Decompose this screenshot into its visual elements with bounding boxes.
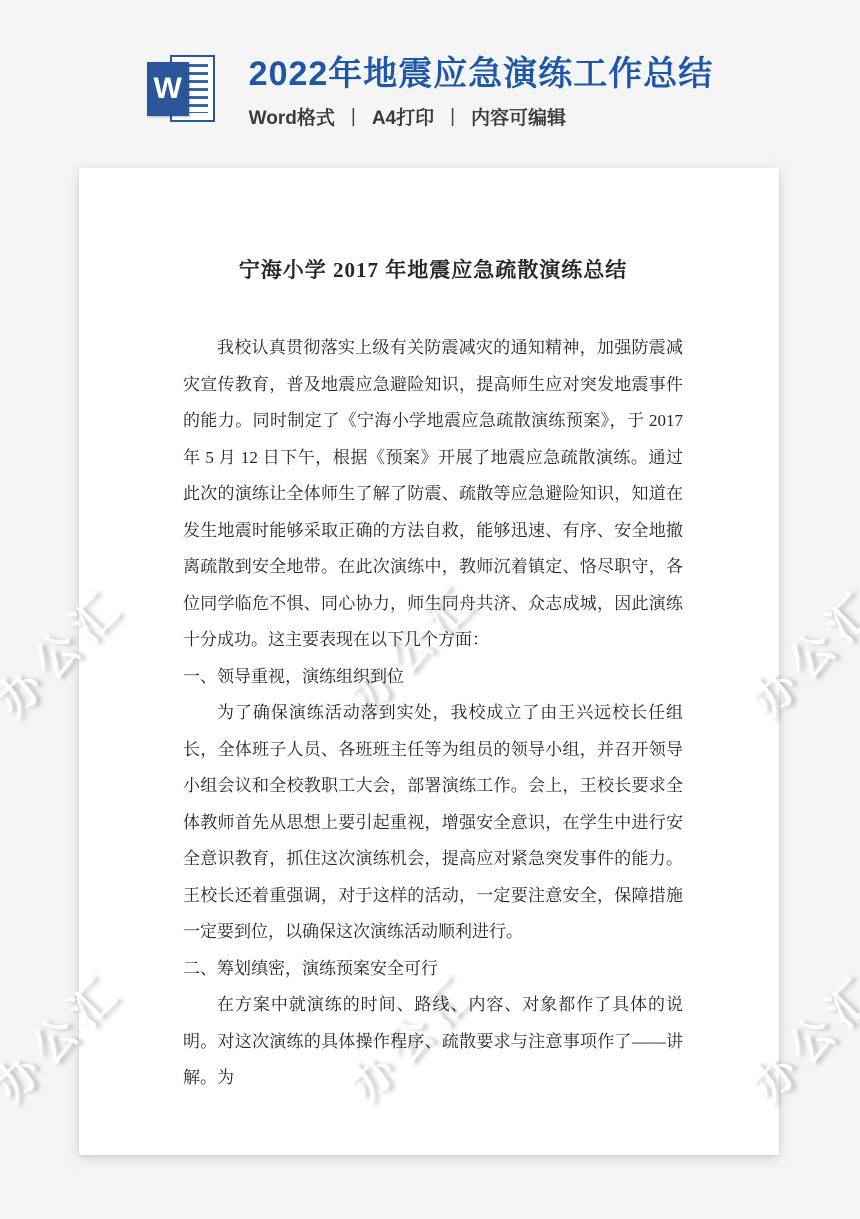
document-content: 宁海小学 2017 年地震应急疏散演练总结 我校认真贯彻落实上级有关防震减灾的通…	[79, 168, 779, 1097]
doc-meta-bar: Word格式 | A4打印 | 内容可编辑	[249, 103, 714, 130]
word-icon-cover: W	[147, 62, 189, 116]
word-icon-letter: W	[154, 72, 182, 106]
doc-paragraph: 为了确保演练活动落到实处，我校成立了由王兴远校长任组长，全体班子人员、各班班主任…	[183, 695, 683, 951]
header-text: 2022年地震应急演练工作总结 Word格式 | A4打印 | 内容可编辑	[249, 54, 714, 130]
document-page: 宁海小学 2017 年地震应急疏散演练总结 我校认真贯彻落实上级有关防震减灾的通…	[79, 168, 779, 1155]
doc-paragraph: 在方案中就演练的时间、路线、内容、对象都作了具体的说明。对这次演练的具体操作程序…	[183, 987, 683, 1097]
page-background: { "header": { "title": "2022年地震应急演练工作总结"…	[0, 0, 860, 1219]
meta-separator: |	[450, 106, 455, 128]
doc-body: 我校认真贯彻落实上级有关防震减灾的通知精神，加强防震减灾宣传教育，普及地震应急避…	[183, 330, 683, 1097]
doc-paragraph: 我校认真贯彻落实上级有关防震减灾的通知精神，加强防震减灾宣传教育，普及地震应急避…	[183, 330, 683, 659]
doc-heading: 一、领导重视，演练组织到位	[183, 659, 683, 696]
page-title: 2022年地震应急演练工作总结	[249, 54, 714, 94]
header: W 2022年地震应急演练工作总结 Word格式 | A4打印 | 内容可编辑	[0, 54, 860, 130]
meta-separator: |	[351, 106, 356, 128]
word-icon: W	[147, 54, 217, 124]
meta-item-editable: 内容可编辑	[471, 103, 566, 130]
doc-title: 宁海小学 2017 年地震应急疏散演练总结	[183, 248, 683, 292]
meta-item-print: A4打印	[372, 103, 434, 130]
meta-item-format: Word格式	[249, 103, 335, 130]
doc-heading: 二、筹划缜密，演练预案安全可行	[183, 951, 683, 988]
